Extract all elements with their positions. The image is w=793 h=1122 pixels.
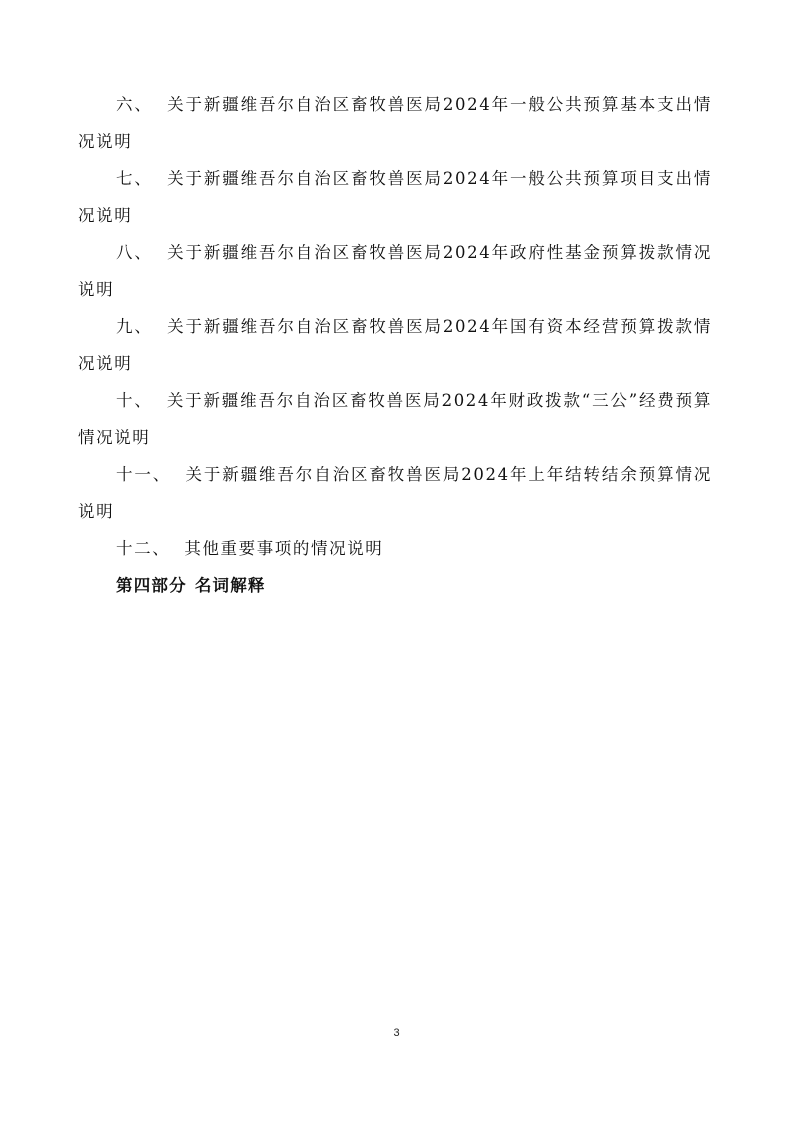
item-number: 十一、 [116, 465, 171, 484]
page-number: 3 [0, 1027, 793, 1039]
item-number: 十、 [116, 391, 153, 410]
item-text: 其他重要事项的情况说明 [184, 539, 383, 558]
item-text: 关于新疆维吾尔自治区畜牧兽医局2024年财政拨款“三公”经费预算情况说明 [78, 391, 712, 447]
toc-item-10: 十、关于新疆维吾尔自治区畜牧兽医局2024年财政拨款“三公”经费预算情况说明 [78, 382, 712, 456]
toc-item-8: 八、关于新疆维吾尔自治区畜牧兽医局2024年政府性基金预算拨款情况说明 [78, 234, 712, 308]
toc-item-7: 七、关于新疆维吾尔自治区畜牧兽医局2024年一般公共预算项目支出情况说明 [78, 160, 712, 234]
toc-item-9: 九、关于新疆维吾尔自治区畜牧兽医局2024年国有资本经营预算拨款情况说明 [78, 308, 712, 382]
document-page: 六、关于新疆维吾尔自治区畜牧兽医局2024年一般公共预算基本支出情况说明 七、关… [0, 0, 793, 1122]
page-content: 六、关于新疆维吾尔自治区畜牧兽医局2024年一般公共预算基本支出情况说明 七、关… [78, 86, 712, 604]
toc-item-6: 六、关于新疆维吾尔自治区畜牧兽医局2024年一般公共预算基本支出情况说明 [78, 86, 712, 160]
section-title: 名词解释 [195, 576, 266, 595]
item-text: 关于新疆维吾尔自治区畜牧兽医局2024年一般公共预算基本支出情况说明 [78, 95, 712, 151]
item-number: 六、 [116, 95, 153, 114]
toc-item-12: 十二、其他重要事项的情况说明 [78, 530, 712, 567]
item-number: 七、 [116, 169, 153, 188]
item-number: 九、 [116, 317, 153, 336]
item-text: 关于新疆维吾尔自治区畜牧兽医局2024年政府性基金预算拨款情况说明 [78, 243, 712, 299]
section-part: 第四部分 [116, 576, 187, 595]
item-number: 十二、 [116, 539, 170, 558]
item-text: 关于新疆维吾尔自治区畜牧兽医局2024年一般公共预算项目支出情况说明 [78, 169, 712, 225]
toc-item-11: 十一、关于新疆维吾尔自治区畜牧兽医局2024年上年结转结余预算情况说明 [78, 456, 712, 530]
item-text: 关于新疆维吾尔自治区畜牧兽医局2024年上年结转结余预算情况说明 [78, 465, 712, 521]
item-text: 关于新疆维吾尔自治区畜牧兽医局2024年国有资本经营预算拨款情况说明 [78, 317, 712, 373]
item-number: 八、 [116, 243, 153, 262]
section-heading: 第四部分名词解释 [78, 567, 712, 604]
